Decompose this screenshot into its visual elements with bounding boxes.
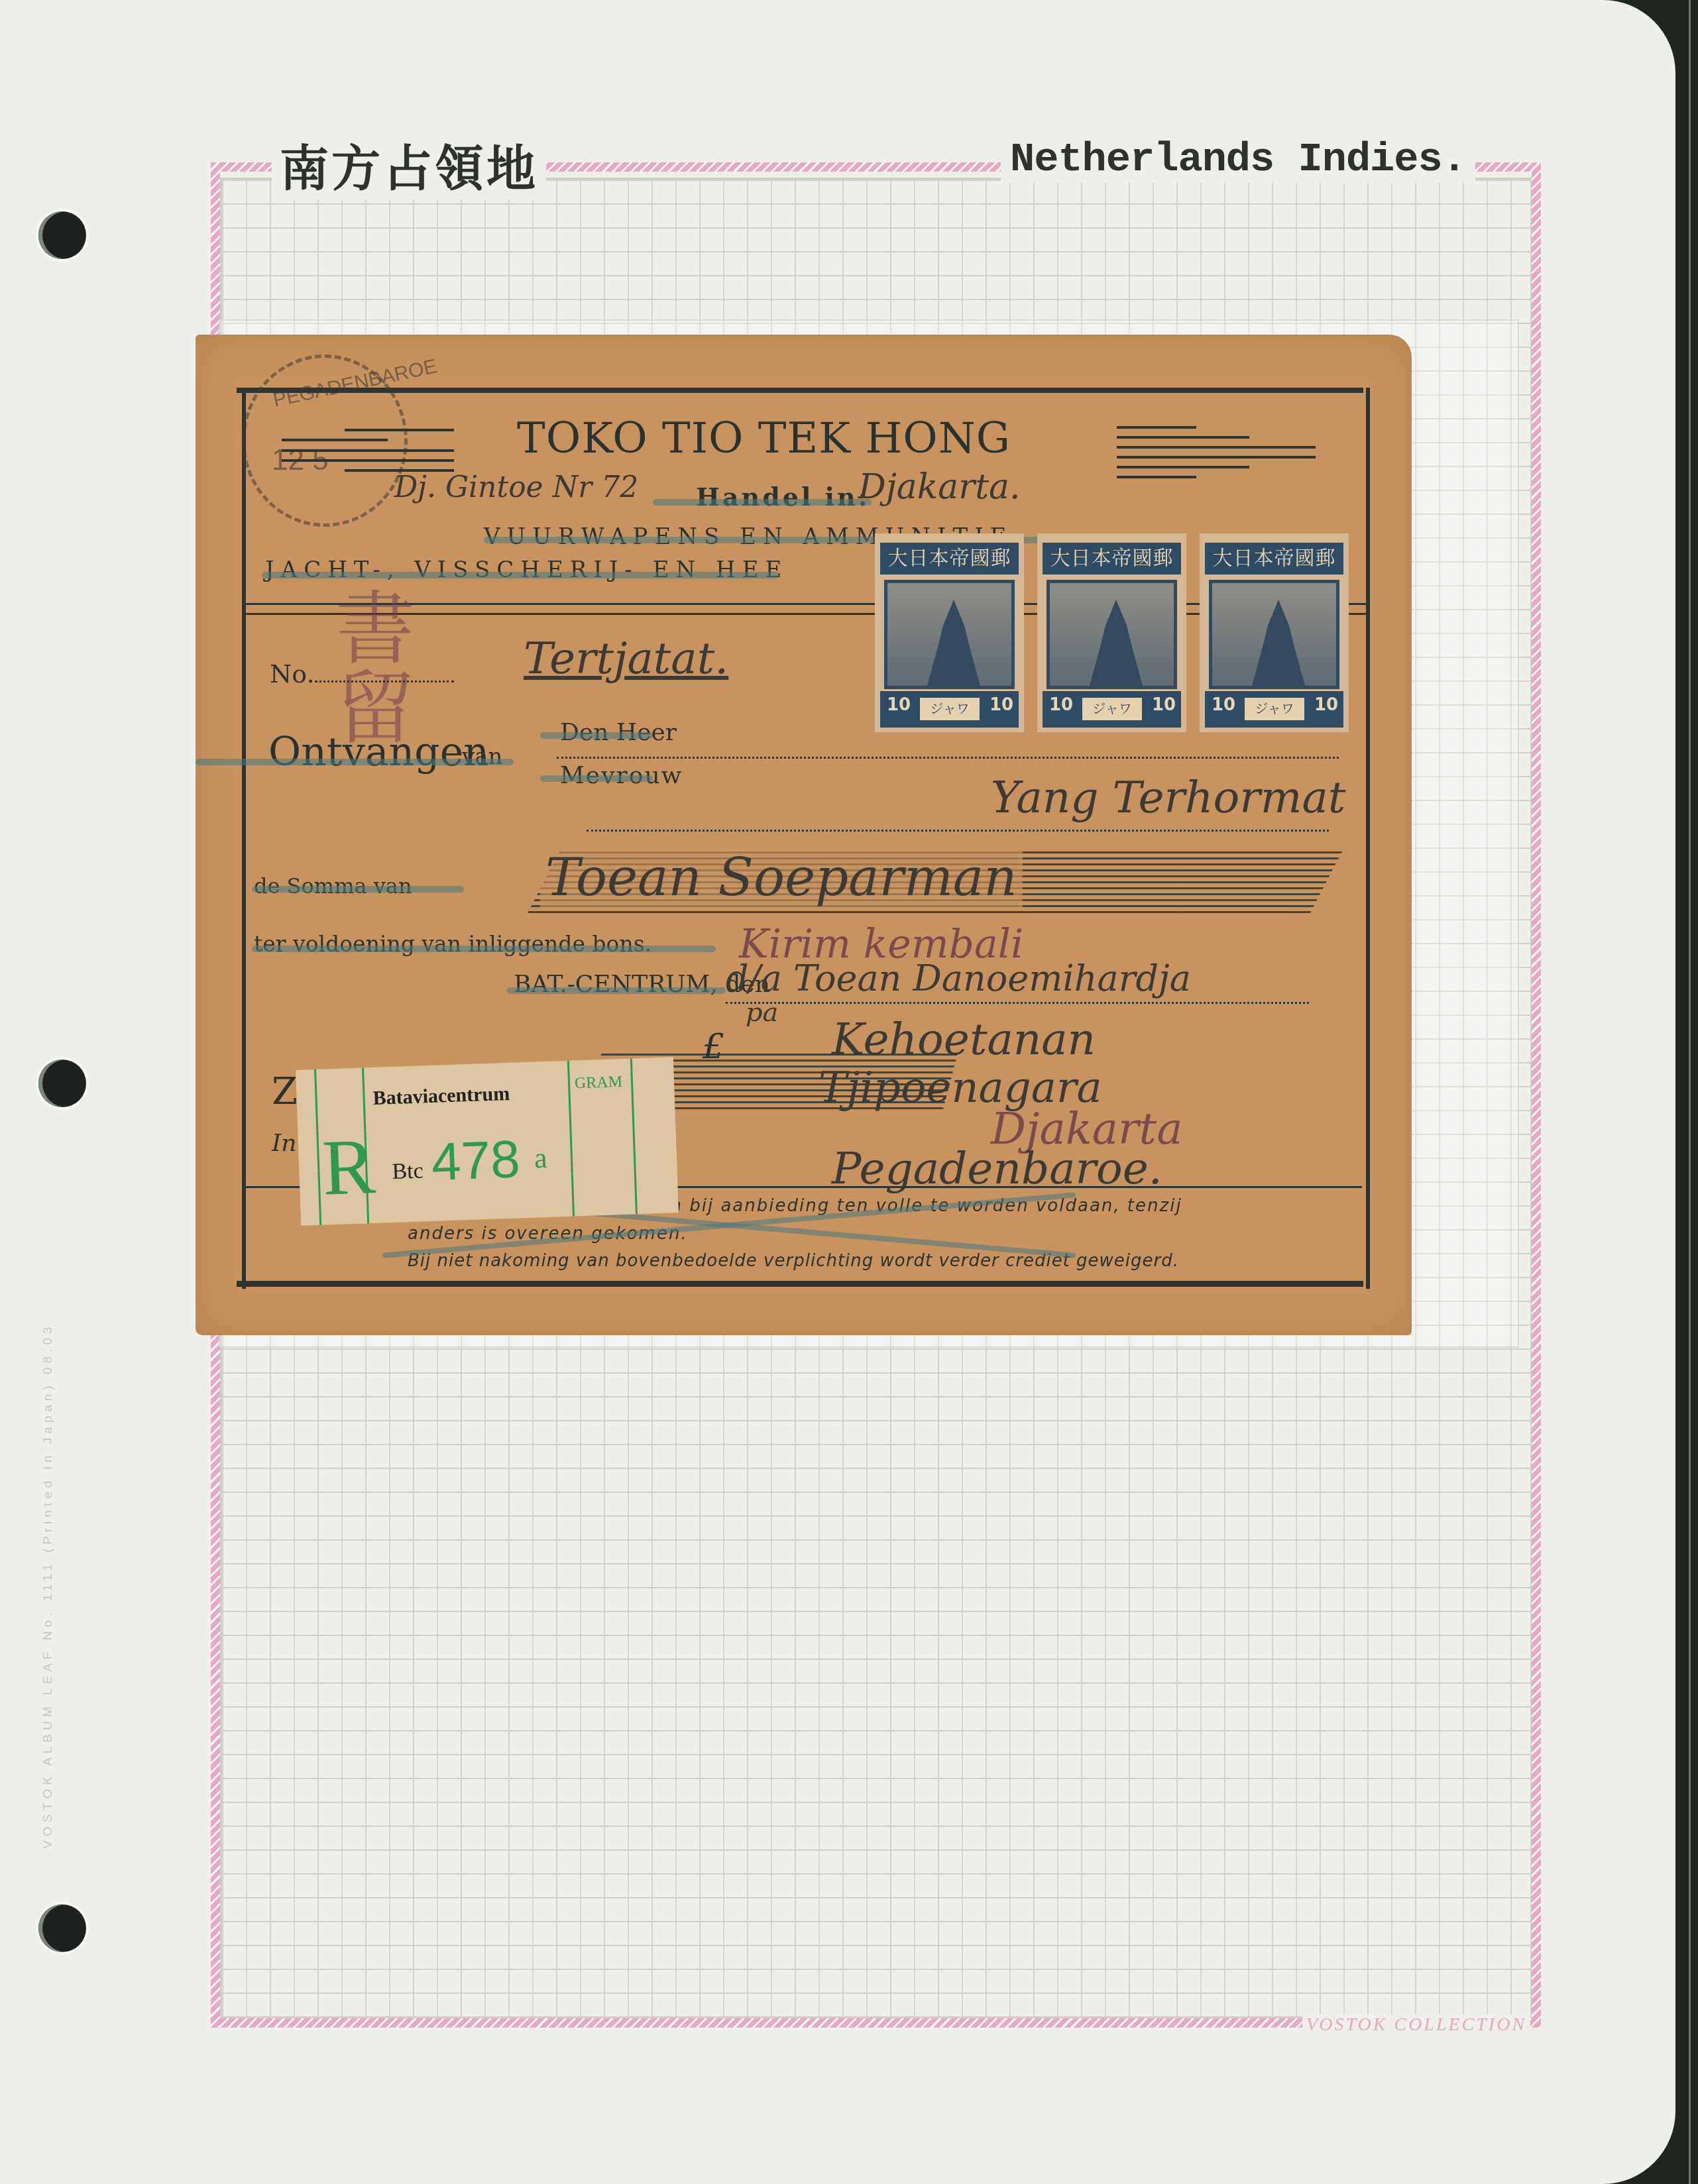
registration-letter: R	[321, 1120, 377, 1214]
care-of-handwritten: d/a Toean Danoemihardja	[726, 957, 1191, 999]
stamp: 大日本帝國郵便 10ジャワ10	[875, 533, 1024, 732]
city-handwritten: Djakarta.	[858, 467, 1021, 507]
voldoening-label: ter voldoening van inliggende bons.	[254, 931, 651, 957]
stamp: 大日本帝國郵便 10ジャワ10	[1200, 533, 1349, 732]
yang-terhormat-handwritten: Yang Terhormat	[991, 772, 1345, 823]
binder-hole	[38, 1060, 86, 1107]
binder-edge	[1689, 0, 1691, 2184]
registration-office: Bataviacentrum	[372, 1083, 510, 1110]
hunting-line: JACHT-, VISSCHERIJ- EN HEE	[265, 557, 788, 583]
tercatat-handwritten: Tertjatat.	[524, 633, 728, 684]
censor-chop: 書留	[328, 586, 408, 745]
registration-label: R Bataviacentrum GRAM Btc 478 a	[296, 1057, 679, 1226]
registration-suffix: a	[534, 1141, 547, 1175]
footer-brand: VOSTOK COLLECTION	[1302, 2014, 1530, 2036]
binder-hole	[38, 1904, 86, 1952]
temple-icon	[1252, 600, 1305, 686]
header-japanese: 南方占領地	[272, 130, 546, 200]
addressee-handwritten: Toean Soeparman	[540, 848, 1023, 908]
temple-icon	[927, 600, 980, 686]
no-label: No.	[270, 659, 315, 688]
registration-prefix: Btc	[392, 1158, 424, 1185]
stamp: 大日本帝國郵便 10ジャワ10	[1037, 533, 1186, 732]
registration-gram: GRAM	[575, 1073, 623, 1093]
received-label: Ontvangen	[268, 729, 489, 775]
in-label: In	[272, 1130, 296, 1157]
binder-hole	[38, 211, 86, 259]
currency-symbol: £	[703, 1027, 724, 1067]
margin-imprint: VOSTOK ALBUM LEAF No. 1111 (Printed in J…	[41, 1323, 56, 1849]
handel-in-label: Handel in:	[696, 482, 870, 512]
company-name: TOKO TIO TEK HONG	[517, 414, 1011, 463]
van-label: van	[462, 743, 502, 770]
temple-icon	[1090, 600, 1143, 686]
registration-number: 478	[430, 1128, 521, 1193]
sender-address: Dj. Gintoe Nr 72	[394, 470, 638, 504]
header-english: Netherlands Indies.	[1001, 136, 1475, 183]
